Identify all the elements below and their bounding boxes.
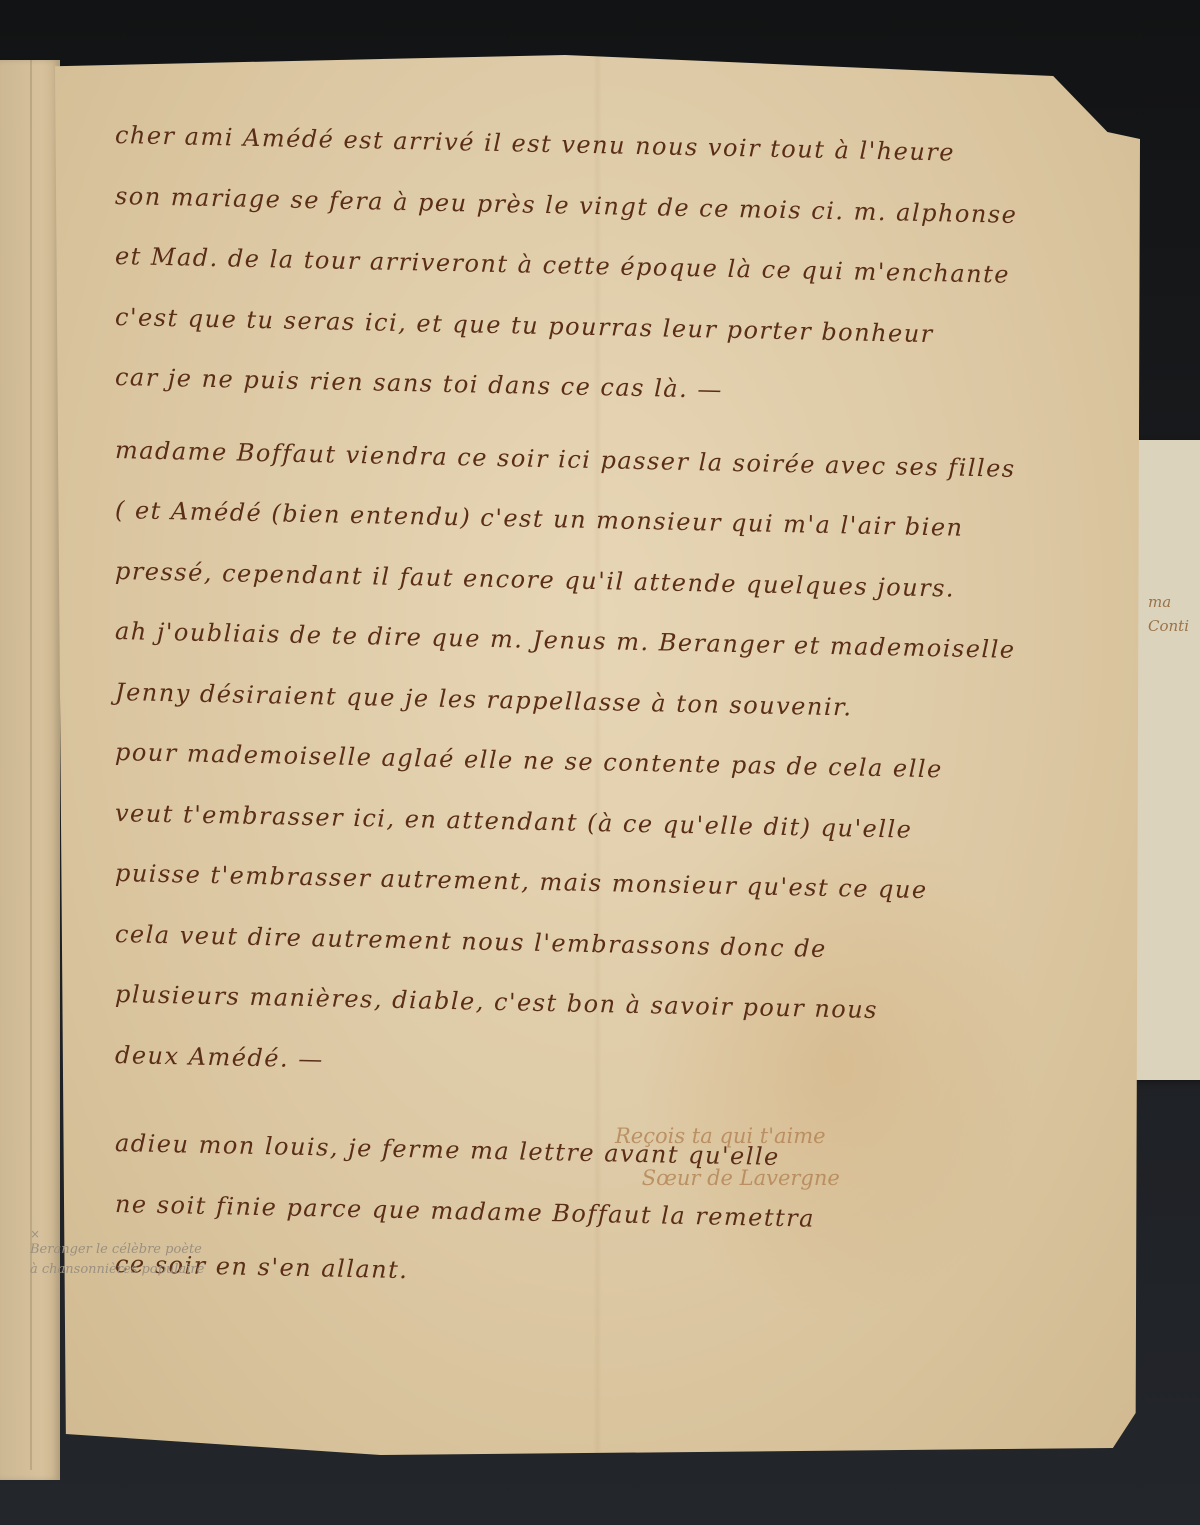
margin-note-line: à chansonnières populaire — [30, 1262, 204, 1277]
pencil-margin-note: ×Beranger le célèbre poète à chansonnièr… — [30, 1228, 204, 1280]
margin-note-line: Beranger le célèbre poète — [30, 1242, 202, 1257]
letter-body: cher ami Amédé est arrivé il est venu no… — [115, 105, 1075, 1295]
side-card-line: Conti — [1148, 617, 1189, 635]
signature-line: Sœur de Lavergne — [642, 1166, 840, 1190]
side-card-line: ma — [1148, 593, 1171, 611]
cross-mark-icon: × — [30, 1228, 204, 1240]
signature-line: Reçois ta qui t'aime — [615, 1124, 826, 1148]
side-card-text: ma Conti — [1148, 590, 1189, 638]
signature: Reçois ta qui t'aime Sœur de Lavergne — [615, 1115, 840, 1199]
